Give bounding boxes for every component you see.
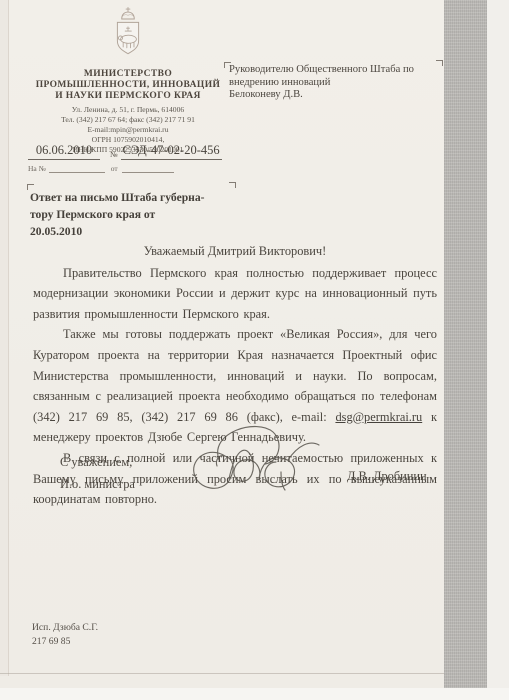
ref-label: На № (28, 164, 46, 173)
contact-address: Ул. Ленина, д. 51, г. Пермь, 614006 (28, 105, 228, 115)
executor-block: Исп. Дзюба С.Г. 217 69 85 (32, 621, 98, 648)
closing-regards: С уважением, (60, 451, 135, 473)
contact-email-inline: dsg@permkrai.ru (335, 410, 422, 424)
closing-title: И.о. министра (60, 473, 135, 495)
scanner-edge-strip (444, 0, 487, 688)
paper-bottom-edge-line (0, 673, 444, 674)
ref-date-blank-line (122, 165, 174, 173)
perm-krai-coat-of-arms-icon (108, 6, 148, 60)
number-sign: № (110, 150, 118, 159)
signer-name: Д.В. Дробинин (347, 469, 427, 484)
subject-block: Ответ на письмо Штаба губерна- тору Перм… (30, 189, 236, 240)
ministry-name-line: И НАУКИ ПЕРМСКОГО КРАЯ (28, 91, 228, 102)
body-paragraph-1: Правительство Пермского края полностью п… (33, 263, 437, 325)
ref-from-label: от (111, 164, 118, 173)
addressee-corner-mark-left (224, 62, 231, 68)
scanned-letter: МИНИСТЕРСТВО ПРОМЫШЛЕННОСТИ, ИННОВАЦИЙ И… (0, 0, 509, 700)
reference-row: На № от (28, 164, 174, 173)
executor-phone: 217 69 85 (32, 635, 98, 649)
subject-corner-mark-left (27, 184, 34, 190)
date-number-row: 06.06.2010 № СЭД-47-02-20-456 (28, 143, 238, 160)
ref-number-blank-line (49, 165, 105, 173)
scan-bottom-band (0, 688, 509, 700)
letter-number: СЭД-47-02-20-456 (121, 143, 222, 160)
executor-name: Исп. Дзюба С.Г. (32, 621, 98, 635)
salutation: Уважаемый Дмитрий Викторович! (33, 241, 437, 262)
contact-email: E-mail:mpin@permkrai.ru (28, 125, 228, 135)
subject-corner-mark-right (229, 182, 236, 188)
ministry-name: МИНИСТЕРСТВО ПРОМЫШЛЕННОСТИ, ИННОВАЦИЙ И… (28, 69, 228, 102)
ministry-name-line: МИНИСТЕРСТВО (28, 69, 228, 80)
subject-line: Ответ на письмо Штаба губерна- (30, 189, 236, 206)
letterhead: МИНИСТЕРСТВО ПРОМЫШЛЕННОСТИ, ИННОВАЦИЙ И… (28, 6, 228, 155)
addressee-line: Белоконеву Д.В. (229, 89, 441, 102)
addressee-line: внедрению инноваций (229, 77, 441, 90)
subject-line: 20.05.2010 (30, 223, 236, 240)
addressee-line: Руководителю Общественного Штаба по (229, 64, 441, 77)
addressee-corner-mark-right (436, 60, 443, 66)
handwritten-signature-scribble-icon (181, 416, 323, 508)
letter-date: 06.06.2010 (28, 143, 100, 160)
paper-left-edge (0, 0, 9, 676)
ministry-name-line: ПРОМЫШЛЕННОСТИ, ИННОВАЦИЙ (28, 80, 228, 91)
closing-block: С уважением, И.о. министра (60, 451, 135, 495)
paper-right-margin (487, 0, 509, 688)
subject-line: тору Пермского края от (30, 206, 236, 223)
addressee-block: Руководителю Общественного Штаба по внед… (229, 64, 441, 102)
contact-phone-fax: Тел. (342) 217 67 64; факс (342) 217 71 … (28, 115, 228, 125)
